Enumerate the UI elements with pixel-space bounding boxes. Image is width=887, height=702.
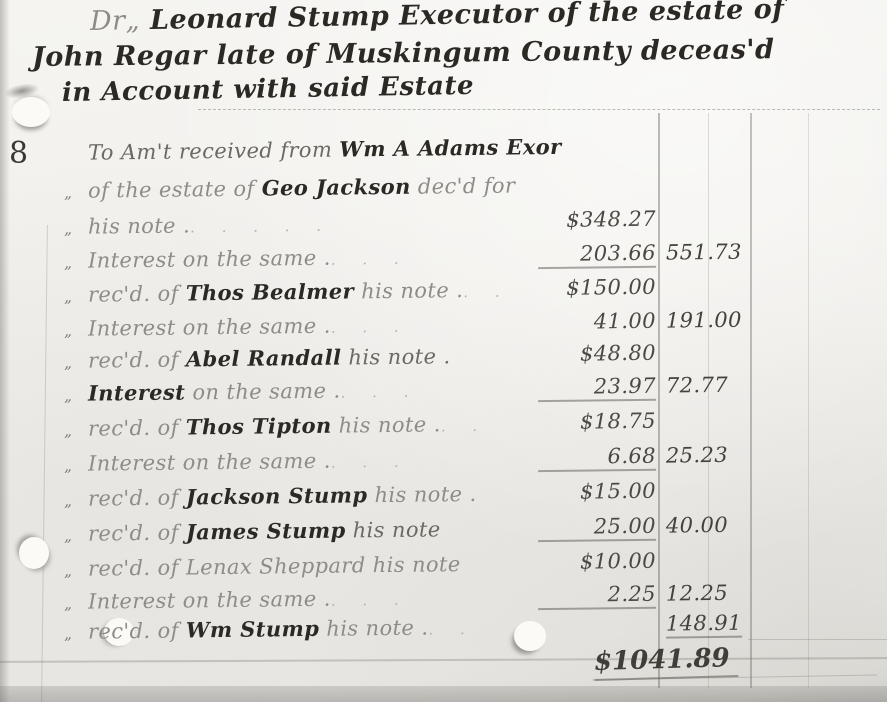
amount-col2: 72.77 — [666, 373, 728, 398]
amount-col2: 25.23 — [666, 443, 728, 468]
ledger-row: „rec'd. of Lenax Sheppard his note$10.00 — [0, 546, 887, 582]
header-text: John Regar late of Muskingum County dece… — [32, 34, 775, 73]
ledger-row: „Interest on the same .. . .203.66551.73 — [0, 238, 887, 274]
amount-col1: 203.66 — [538, 241, 656, 269]
ledger-row: „rec'd. of Thos Bealmer his note .. .$15… — [0, 272, 887, 308]
row-text: of the estate of — [88, 177, 262, 203]
ditto-mark: „ — [64, 422, 88, 440]
row-name: Geo Jackson — [262, 174, 411, 201]
row-text: his note . — [88, 213, 190, 238]
row-name: Abel Randall — [186, 345, 342, 372]
amount-col2: 12.25 — [666, 581, 728, 606]
amount-col1: 25.00 — [538, 514, 656, 542]
row-text: Interest on the same . — [88, 314, 331, 341]
amount-col1: $18.75 — [538, 409, 656, 434]
row-text: rec'd. of — [88, 618, 186, 643]
amount-col2: 148.91 — [666, 611, 742, 639]
row-name: Interest — [88, 379, 186, 405]
ledger-row: „rec'd. of James Stump his note25.0040.0… — [0, 511, 887, 547]
ledger-row: „rec'd. of Thos Tipton his note .. .$18.… — [0, 406, 887, 442]
row-text-after: his note . — [354, 278, 463, 303]
amount-col2: 551.73 — [666, 240, 742, 265]
scanned-ledger-page: Dr„ Leonard Stump Executor of the estate… — [0, 0, 887, 702]
row-name: Wm A Adams Exor — [339, 134, 562, 162]
hole-punch — [12, 97, 50, 127]
ruled-line-top — [198, 109, 880, 110]
row-text: rec'd. of — [88, 520, 186, 545]
scan-bottom-shadow — [0, 686, 887, 702]
row-text-after: his note . — [341, 344, 450, 369]
grand-total: $1041.89 — [594, 643, 739, 681]
amount-col2: 40.00 — [666, 513, 728, 538]
header-prefix: Dr„ — [90, 5, 141, 37]
ledger-row: „Interest on the same .. . .6.6825.23 — [0, 441, 887, 477]
amount-col1: $150.00 — [538, 275, 656, 300]
ledger-row: „Interest on the same .. . .41.00191.00 — [0, 306, 887, 342]
row-text: rec'd. of Lenax Sheppard his note — [88, 552, 461, 581]
ledger-row: To Am't received from Wm A Adams Exor — [0, 130, 887, 166]
row-text-after: his note . — [331, 412, 440, 437]
row-text-after: dec'd for — [411, 173, 516, 198]
dot-leaders: . . . — [331, 318, 410, 337]
dot-leaders: . . . . . — [190, 217, 332, 237]
row-name: James Stump — [186, 518, 346, 545]
amount-col1: $10.00 — [538, 549, 656, 574]
ditto-mark: „ — [64, 288, 88, 306]
ledger-row: „Interest on the same .. . .2.2512.25 — [0, 579, 887, 615]
header-text: in Account with said Estate — [62, 71, 475, 108]
row-name: Jackson Stump — [186, 482, 368, 509]
amount-col1: 6.68 — [538, 444, 656, 472]
row-text: rec'd. of — [88, 347, 186, 372]
row-text-after: on the same . — [185, 379, 340, 405]
ditto-mark: „ — [64, 527, 88, 545]
amount-col1: $348.27 — [538, 207, 656, 232]
row-text: rec'd. of — [88, 415, 186, 440]
paper-fold-line — [0, 657, 887, 663]
ditto-mark: „ — [64, 625, 88, 643]
dot-leaders: . . . — [340, 383, 419, 402]
row-text: rec'd. of — [88, 281, 186, 306]
amount-col2: 191.00 — [666, 308, 742, 333]
row-name: Thos Tipton — [186, 413, 332, 440]
dot-leaders: . . — [441, 417, 489, 436]
amount-col1 — [538, 171, 656, 172]
dot-leaders: . . — [463, 282, 511, 301]
amount-col1: $48.80 — [538, 341, 656, 366]
ditto-mark: „ — [64, 562, 88, 580]
header-line-3: in Account with said Estate — [62, 71, 475, 108]
dot-leaders: . . . — [331, 591, 410, 610]
row-text: rec'd. of — [88, 485, 186, 510]
row-text: Interest on the same . — [88, 587, 331, 614]
dot-leaders: . . . — [331, 453, 410, 472]
ditto-mark: „ — [64, 354, 88, 372]
ledger-row: „rec'd. of Abel Randall his note .$48.80 — [0, 338, 887, 374]
amount-col1: 23.97 — [538, 374, 656, 402]
ditto-mark: „ — [64, 595, 88, 613]
row-text-after: his note . — [319, 616, 428, 641]
row-text-after: his note — [345, 517, 440, 542]
header-line-2: John Regar late of Muskingum County dece… — [32, 34, 775, 73]
row-text: Interest on the same . — [88, 449, 331, 476]
row-text-after: his note . — [367, 482, 476, 507]
amount-col1: 2.25 — [538, 582, 656, 610]
ditto-mark: „ — [64, 457, 88, 475]
dot-leaders: . . . — [331, 250, 410, 269]
ledger-row: „of the estate of Geo Jackson dec'd for — [0, 168, 887, 204]
ditto-mark: „ — [64, 184, 88, 202]
ditto-mark: „ — [64, 220, 88, 238]
ledger-row: „rec'd. of Jackson Stump his note .$15.0… — [0, 476, 887, 512]
ditto-mark: „ — [64, 254, 88, 272]
amount-col1 — [538, 612, 656, 613]
header-title: Leonard Stump Executor of the estate of — [140, 0, 785, 36]
row-text: Interest on the same . — [88, 246, 331, 273]
ledger-row: „Interest on the same .. . .23.9772.77 — [0, 371, 887, 407]
dot-leaders: . . — [428, 620, 476, 639]
ditto-mark: „ — [64, 387, 88, 405]
ledger-row: „his note .. . . . .$348.27 — [0, 204, 887, 240]
ditto-mark: „ — [64, 322, 88, 340]
row-name: Wm Stump — [186, 616, 320, 643]
ditto-mark: „ — [64, 492, 88, 510]
header-line-1: Dr„ Leonard Stump Executor of the estate… — [90, 0, 785, 37]
row-text: To Am't received from — [88, 138, 340, 165]
paper-fold-line — [748, 639, 887, 640]
amount-col1: $15.00 — [538, 479, 656, 504]
row-name: Thos Bealmer — [186, 278, 354, 305]
amount-col1: 41.00 — [538, 309, 656, 334]
